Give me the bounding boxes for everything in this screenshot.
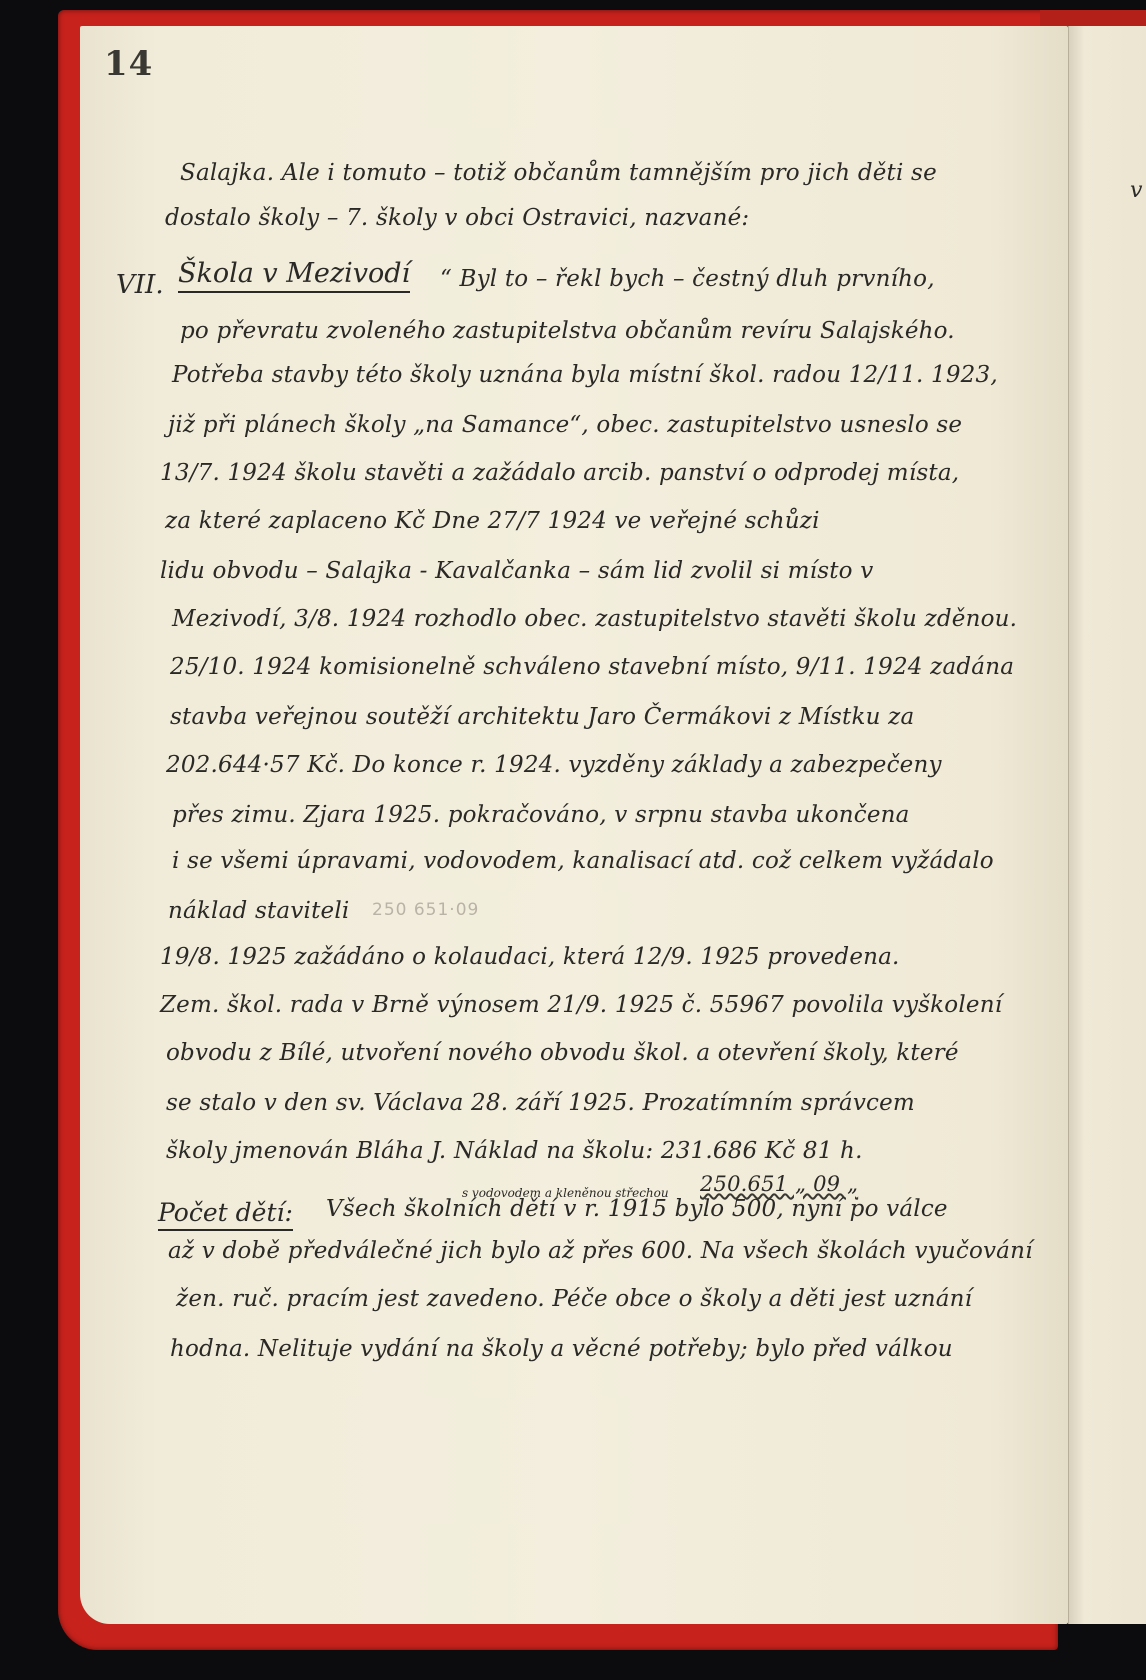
pencil-annotation: 250 651·09 (372, 900, 479, 920)
section-intro-text: “ Byl to – řekl bych – čestný dluh první… (440, 266, 935, 292)
section-number: VII. (116, 270, 164, 300)
text-line: i se všemi úpravami, vodovodem, kanalisa… (172, 848, 994, 874)
next-page-edge (1068, 26, 1146, 1624)
text-line: 13/7. 1924 školu stavěti a zažádalo arci… (160, 460, 959, 486)
text-line: přes zimu. Zjara 1925. pokračováno, v sr… (172, 802, 910, 828)
text-line: až v době předválečné jich bylo až přes … (168, 1238, 1033, 1264)
text-line: dostalo školy – 7. školy v obci Ostravic… (165, 205, 749, 231)
children-section-heading: Počet dětí: (158, 1198, 293, 1231)
text-line: Potřeba stavby této školy uznána byla mí… (172, 362, 998, 388)
text-line: 25/10. 1924 komisionelně schváleno stave… (170, 654, 1014, 680)
text-line: Mezivodí, 3/8. 1924 rozhodlo obec. zastu… (172, 606, 1017, 632)
page-number: 14 (104, 44, 153, 84)
text-line: za které zaplaceno Kč Dne 27/7 1924 ve v… (165, 508, 820, 534)
text-line: 202.644·57 Kč. Do konce r. 1924. vyzděny… (166, 752, 942, 778)
next-page-text-fragment: v (1130, 178, 1142, 203)
text-line: již při plánech školy „na Samance“, obec… (168, 412, 962, 438)
text-line: lidu obvodu – Salajka - Kavalčanka – sám… (160, 558, 873, 584)
text-line: školy jmenován Bláha J. Náklad na školu:… (166, 1138, 863, 1164)
text-line: po převratu zvoleného zastupitelstva obč… (180, 318, 955, 344)
section-heading: Škola v Mezivodí (178, 258, 410, 293)
text-line: Zem. škol. rada v Brně výnosem 21/9. 192… (160, 992, 1002, 1018)
text-line: Salajka. Ale i tomuto – totiž občanům ta… (180, 160, 937, 186)
text-line: stavba veřejnou soutěží architektu Jaro … (170, 704, 914, 730)
children-section-text: Všech školních dětí v r. 1915 bylo 500, … (326, 1196, 948, 1222)
text-line: žen. ruč. pracím jest zavedeno. Péče obc… (176, 1286, 972, 1312)
cost-note-amount: 250.651 „ 09 „ (700, 1172, 858, 1196)
text-line: hodna. Nelituje vydání na školy a věcné … (170, 1336, 953, 1362)
text-line: náklad staviteli (168, 898, 349, 924)
text-line: se stalo v den sv. Václava 28. září 1925… (166, 1090, 915, 1116)
text-line: obvodu z Bílé, utvoření nového obvodu šk… (166, 1040, 959, 1066)
text-line: 19/8. 1925 zažádáno o kolaudaci, která 1… (160, 944, 900, 970)
